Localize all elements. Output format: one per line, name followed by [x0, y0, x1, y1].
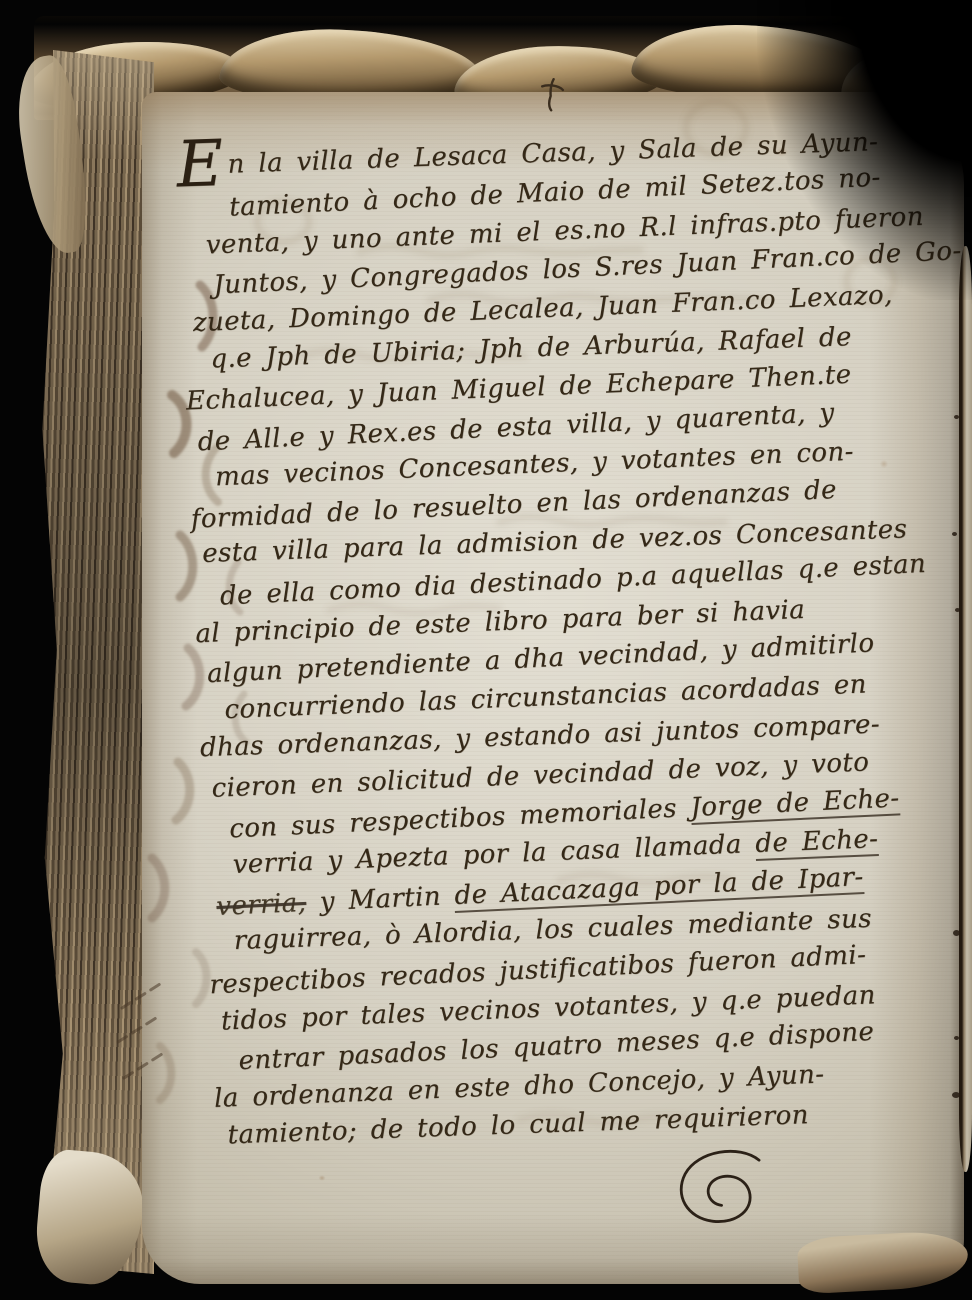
edge-ink-speck — [952, 1092, 960, 1098]
struck-word: verria, — [216, 888, 307, 922]
edge-ink-speck — [952, 532, 957, 536]
edge-ink-speck — [954, 1036, 959, 1040]
underlined-phrase: de Eche- — [755, 824, 879, 861]
manuscript-photo: En la villa de Lesaca Casa, y Sala de su… — [0, 0, 972, 1300]
edge-ink-speck — [955, 608, 960, 612]
edge-ink-speck — [954, 415, 959, 419]
page-bottom-roll — [797, 1230, 970, 1295]
facing-page-sliver — [959, 246, 972, 1172]
manuscript-text: En la villa de Lesaca Casa, y Sala de su… — [168, 119, 972, 1158]
edge-ink-speck — [953, 930, 960, 936]
underlined-phrase: Jorge de Eche- — [690, 783, 900, 825]
